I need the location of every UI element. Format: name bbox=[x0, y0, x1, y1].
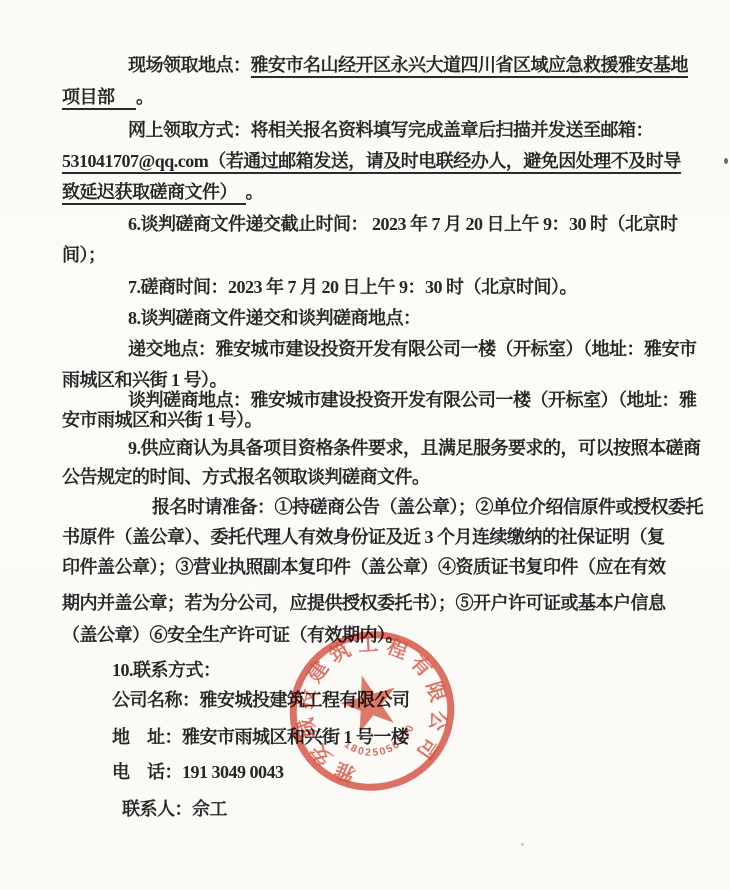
doc-line-8: 7.磋商时间：2023 年 7 月 20 日上午 9：30 时（北京时间）。 bbox=[128, 275, 577, 299]
scan-artifact-speck bbox=[521, 843, 524, 846]
doc-text-segment: 雅安城市建设投资开发有限公司一楼（开标室）（地址：雅安市 bbox=[216, 339, 697, 359]
doc-text-segment: 报名时请准备：①持磋商公告（盖公章）；②单位介绍信原件或授权委托 bbox=[152, 497, 703, 517]
doc-text-segment: 2023 年 7 月 20 日上午 9：30 时（北京时 bbox=[368, 214, 678, 234]
doc-text-segment: 现场领取地点： bbox=[128, 55, 251, 75]
doc-text-segment: 电 话： bbox=[112, 762, 182, 782]
doc-text-segment: 。 bbox=[136, 87, 154, 107]
svg-text:司: 司 bbox=[412, 733, 442, 762]
doc-text-segment: 。 bbox=[246, 182, 264, 202]
doc-line-10: 递交地点：雅安城市建设投资开发有限公司一楼（开标室）（地址：雅安市 bbox=[128, 337, 697, 361]
doc-line-14: 9.供应商认为具备项目资格条件要求，且满足服务要求的，可以按照本磋商 bbox=[128, 436, 701, 460]
doc-text-segment: 雅安市名山经开区永兴大道四川省区域应急救援雅安基地 bbox=[251, 55, 689, 78]
doc-text-segment: 8.谈判磋商文件递交和谈判磋商地点： bbox=[128, 308, 421, 328]
doc-line-6: 6.谈判磋商文件递交截止时间： 2023 年 7 月 20 日上午 9：30 时… bbox=[128, 212, 678, 236]
svg-text:建: 建 bbox=[302, 657, 333, 687]
doc-line-3: 网上领取方式：将相关报名资料填写完成盖章后扫描并发送至邮箱： bbox=[128, 118, 653, 142]
doc-line-25: 联系人：佘工 bbox=[122, 797, 227, 821]
doc-text-segment: 地 址： bbox=[112, 727, 182, 747]
doc-text-segment: 雨城区和兴街 1 号）。 bbox=[62, 370, 227, 390]
doc-line-2: 项目部 。 bbox=[62, 85, 154, 109]
doc-text-segment: 2023 年 7 月 20 日上午 9：30 时（北京时间）。 bbox=[228, 277, 577, 297]
doc-text-segment: 书原件（盖公章）、委托代理人有效身份证及近 3 个月连续缴纳的社保证明（复 bbox=[62, 527, 665, 547]
doc-line-13: 安市雨城区和兴街 1 号）。 bbox=[62, 408, 262, 432]
doc-line-5: 致延迟获取磋商文件） 。 bbox=[62, 180, 263, 204]
svg-text:安: 安 bbox=[305, 739, 336, 770]
svg-text:有: 有 bbox=[406, 650, 437, 681]
doc-line-9: 8.谈判磋商文件递交和谈判磋商地点： bbox=[128, 306, 421, 330]
doc-text-segment: 7.磋商时间： bbox=[128, 277, 228, 297]
doc-line-7: 间）； bbox=[62, 243, 106, 267]
doc-text-segment: 谈判磋商地点： bbox=[128, 390, 251, 410]
doc-text-segment: 公告规定的时间、方式报名领取谈判磋商文件。 bbox=[62, 467, 430, 487]
doc-line-16: 报名时请准备：①持磋商公告（盖公章）；②单位介绍信原件或授权委托 bbox=[152, 495, 703, 519]
seal-star-icon bbox=[334, 668, 404, 736]
seal-code-number: 18025050330 bbox=[340, 719, 423, 768]
doc-line-15: 公告规定的时间、方式报名领取谈判磋商文件。 bbox=[62, 465, 430, 489]
doc-line-17: 书原件（盖公章）、委托代理人有效身份证及近 3 个月连续缴纳的社保证明（复 bbox=[62, 525, 665, 549]
doc-text-segment: 9.供应商认为具备项目资格条件要求，且满足服务要求的，可以按照本磋商 bbox=[128, 438, 701, 458]
doc-text-segment: 项目部 bbox=[62, 87, 136, 110]
doc-text-segment: 递交地点： bbox=[128, 339, 216, 359]
scanned-document-page: 现场领取地点：雅安市名山经开区永兴大道四川省区域应急救援雅安基地项目部 。网上领… bbox=[0, 0, 730, 890]
doc-text-segment: 联系人： bbox=[122, 799, 192, 819]
doc-text-segment: 531041707@qq.com（若通过邮箱发送，请及时电联经办人，避免因处理不… bbox=[62, 151, 681, 174]
doc-text-segment: 间）； bbox=[62, 245, 106, 265]
svg-text:投: 投 bbox=[292, 687, 319, 711]
doc-text-segment: 将相关报名资料填写完成盖章后扫描并发送至邮箱： bbox=[251, 120, 654, 140]
doc-line-1: 现场领取地点：雅安市名山经开区永兴大道四川省区域应急救援雅安基地 bbox=[128, 53, 688, 77]
company-seal-stamp: 雅安城投建筑工程有限公司 18025050330 bbox=[260, 599, 484, 823]
doc-line-4: 531041707@qq.com（若通过邮箱发送，请及时电联经办人，避免因处理不… bbox=[62, 149, 681, 173]
doc-text-segment: 网上领取方式： bbox=[128, 120, 251, 140]
svg-text:公: 公 bbox=[425, 709, 451, 733]
doc-line-24: 电 话：191 3049 0043 bbox=[112, 760, 284, 784]
doc-text-segment: 佘工 bbox=[192, 799, 227, 819]
doc-text-segment: 雅安城市建设投资开发有限公司一楼（开标室）（地址：雅 bbox=[251, 390, 697, 410]
doc-text-segment: 印件盖公章）；③营业执照副本复印件（盖公章）④资质证书复印件（应在有效 bbox=[62, 557, 666, 577]
doc-text-segment: 6.谈判磋商文件递交截止时间： bbox=[128, 214, 368, 234]
doc-text-segment: 10.联系方式： bbox=[112, 660, 221, 680]
doc-text-segment: 公司名称： bbox=[112, 690, 200, 710]
scan-artifact-speck bbox=[724, 158, 728, 164]
doc-line-21: 10.联系方式： bbox=[112, 658, 221, 682]
doc-text-segment: 安市雨城区和兴街 1 号）。 bbox=[62, 410, 262, 430]
doc-text-segment: 致延迟获取磋商文件） bbox=[62, 182, 246, 205]
doc-line-18: 印件盖公章）；③营业执照副本复印件（盖公章）④资质证书复印件（应在有效 bbox=[62, 555, 666, 579]
svg-text:工: 工 bbox=[358, 634, 379, 657]
